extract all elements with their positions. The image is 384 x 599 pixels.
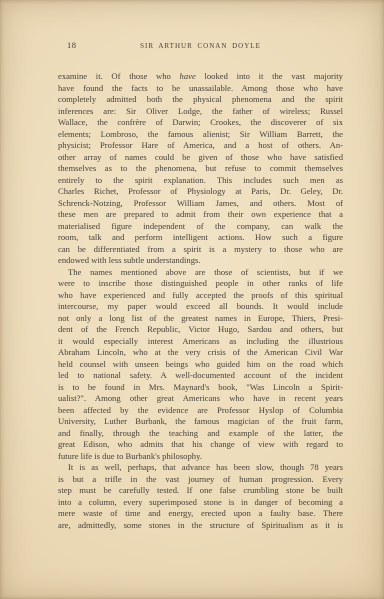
- text-segment: It is as well, perhaps, that advance has…: [68, 462, 343, 472]
- text-line: room, talk and perform intelligent actio…: [58, 232, 343, 244]
- text-segment: are, admittedly, some stones in the stru…: [58, 520, 343, 530]
- text-segment: have found the facts to be unassailable.…: [58, 83, 343, 93]
- text-segment: endowed with less subtle understandings.: [58, 255, 201, 265]
- text-segment: held counsel with unseen beings who guid…: [58, 359, 343, 369]
- text-line: The names mentioned above are those of s…: [58, 267, 343, 279]
- text-line: endowed with less subtle understandings.: [58, 255, 343, 267]
- text-segment: themselves as to the phenomena, but refu…: [58, 163, 343, 173]
- text-segment: inferences are: Sir Oliver Lodge, the fa…: [58, 106, 343, 116]
- text-line: University, Luther Burbank, the famous m…: [58, 416, 343, 428]
- text-line: great Edison, who admits that his change…: [58, 439, 343, 451]
- text-segment: great Edison, who admits that his change…: [58, 439, 343, 449]
- text-line: Wallace, the confrère of Darwin; Crookes…: [58, 117, 343, 129]
- text-line: future life is due to Burbank's philosop…: [58, 451, 343, 463]
- page-header: 18 SIR ARTHUR CONAN DOYLE: [58, 40, 343, 54]
- text-segment: these men are prepared to admit from the…: [58, 209, 343, 219]
- paragraph: examine it. Of those who have looked int…: [58, 71, 343, 267]
- text-line: led to national safety. A well-documente…: [58, 370, 343, 382]
- body-text: examine it. Of those who have looked int…: [58, 71, 343, 531]
- paragraph: It is as well, perhaps, that advance has…: [58, 462, 343, 531]
- text-line: were to inscribe those distinguished peo…: [58, 278, 343, 290]
- text-segment: who have experienced and fully accepted …: [58, 290, 343, 300]
- text-segment: physicist; Professor Hare of America, an…: [58, 140, 343, 150]
- text-line: themselves as to the phenomena, but refu…: [58, 163, 343, 175]
- text-line: who have experienced and fully accepted …: [58, 290, 343, 302]
- text-segment: room, talk and perform intelligent actio…: [58, 232, 343, 242]
- text-line: have found the facts to be unassailable.…: [58, 83, 343, 95]
- italic-text: have: [180, 71, 196, 81]
- text-segment: examine it. Of those who: [58, 71, 180, 81]
- text-segment: into a column, every superimposed stone …: [58, 497, 343, 507]
- text-segment: Abraham Lincoln, who at the very crisis …: [58, 347, 343, 357]
- text-line: examine it. Of those who have looked int…: [58, 71, 343, 83]
- text-segment: intercourse, my paper would exceed all b…: [58, 301, 343, 311]
- paragraph: The names mentioned above are those of s…: [58, 267, 343, 463]
- text-segment: is but a trifle in the vast journey of h…: [58, 474, 343, 484]
- text-segment: ualist?". Among other great Americans wh…: [58, 393, 343, 403]
- text-segment: led to national safety. A well-documente…: [58, 370, 343, 380]
- text-line: It is as well, perhaps, that advance has…: [58, 462, 343, 474]
- text-segment: step must be carefully tested. If one fa…: [58, 485, 343, 495]
- text-segment: dent of the French Republic, Victor Hugo…: [58, 324, 343, 334]
- text-line: not only a long list of the greatest nam…: [58, 313, 343, 325]
- text-segment: entirely to the spirit explanation. This…: [58, 175, 343, 185]
- text-segment: Charles Richet, Professor of Physiology …: [58, 186, 343, 196]
- text-line: entirely to the spirit explanation. This…: [58, 175, 343, 187]
- text-segment: been affected by the evidence are Profes…: [58, 405, 343, 415]
- text-line: are, admittedly, some stones in the stru…: [58, 520, 343, 532]
- text-line: it would especially interest Americans a…: [58, 336, 343, 348]
- text-line: into a column, every superimposed stone …: [58, 497, 343, 509]
- text-line: inferences are: Sir Oliver Lodge, the fa…: [58, 106, 343, 118]
- text-segment: elements; Lombroso, the famous alienist;…: [58, 129, 343, 139]
- text-segment: can be differentiated from a spirit is a…: [58, 244, 343, 254]
- text-segment: it would especially interest Americans a…: [58, 336, 343, 346]
- book-page: 18 SIR ARTHUR CONAN DOYLE examine it. Of…: [0, 0, 384, 599]
- text-line: intercourse, my paper would exceed all b…: [58, 301, 343, 313]
- text-segment: University, Luther Burbank, the famous m…: [58, 416, 343, 426]
- text-line: elements; Lombroso, the famous alienist;…: [58, 129, 343, 141]
- text-segment: other array of names could be given of t…: [58, 152, 343, 162]
- text-segment: looked into it the vast majority: [196, 71, 343, 81]
- text-line: these men are prepared to admit from the…: [58, 209, 343, 221]
- text-line: step must be carefully tested. If one fa…: [58, 485, 343, 497]
- text-segment: Wallace, the confrère of Darwin; Crookes…: [58, 117, 343, 127]
- text-line: is but a trifle in the vast journey of h…: [58, 474, 343, 486]
- text-line: Charles Richet, Professor of Physiology …: [58, 186, 343, 198]
- text-line: held counsel with unseen beings who guid…: [58, 359, 343, 371]
- text-line: mere waste of time and energy, erected u…: [58, 508, 343, 520]
- text-line: Abraham Lincoln, who at the very crisis …: [58, 347, 343, 359]
- text-line: ualist?". Among other great Americans wh…: [58, 393, 343, 405]
- text-line: been affected by the evidence are Profes…: [58, 405, 343, 417]
- text-segment: were to inscribe those distinguished peo…: [58, 278, 343, 288]
- text-segment: completely admitted both the physical ph…: [58, 94, 343, 104]
- text-line: is to be found in Mrs. Maynard's book, "…: [58, 382, 343, 394]
- text-line: dent of the French Republic, Victor Hugo…: [58, 324, 343, 336]
- text-segment: is to be found in Mrs. Maynard's book, "…: [58, 382, 343, 392]
- text-segment: and finally, through the teaching and ex…: [58, 428, 343, 438]
- running-title: SIR ARTHUR CONAN DOYLE: [58, 42, 343, 50]
- text-line: materialised figure independent of the c…: [58, 221, 343, 233]
- text-line: physicist; Professor Hare of America, an…: [58, 140, 343, 152]
- text-line: and finally, through the teaching and ex…: [58, 428, 343, 440]
- text-segment: future life is due to Burbank's philosop…: [58, 451, 202, 461]
- text-line: completely admitted both the physical ph…: [58, 94, 343, 106]
- text-segment: mere waste of time and energy, erected u…: [58, 508, 343, 518]
- text-segment: not only a long list of the greatest nam…: [58, 313, 343, 323]
- text-line: can be differentiated from a spirit is a…: [58, 244, 343, 256]
- text-segment: The names mentioned above are those of s…: [68, 267, 343, 277]
- text-segment: materialised figure independent of the c…: [58, 221, 343, 231]
- text-line: other array of names could be given of t…: [58, 152, 343, 164]
- text-segment: Schrenck-Notzing, Professor William Jame…: [58, 198, 343, 208]
- text-line: Schrenck-Notzing, Professor William Jame…: [58, 198, 343, 210]
